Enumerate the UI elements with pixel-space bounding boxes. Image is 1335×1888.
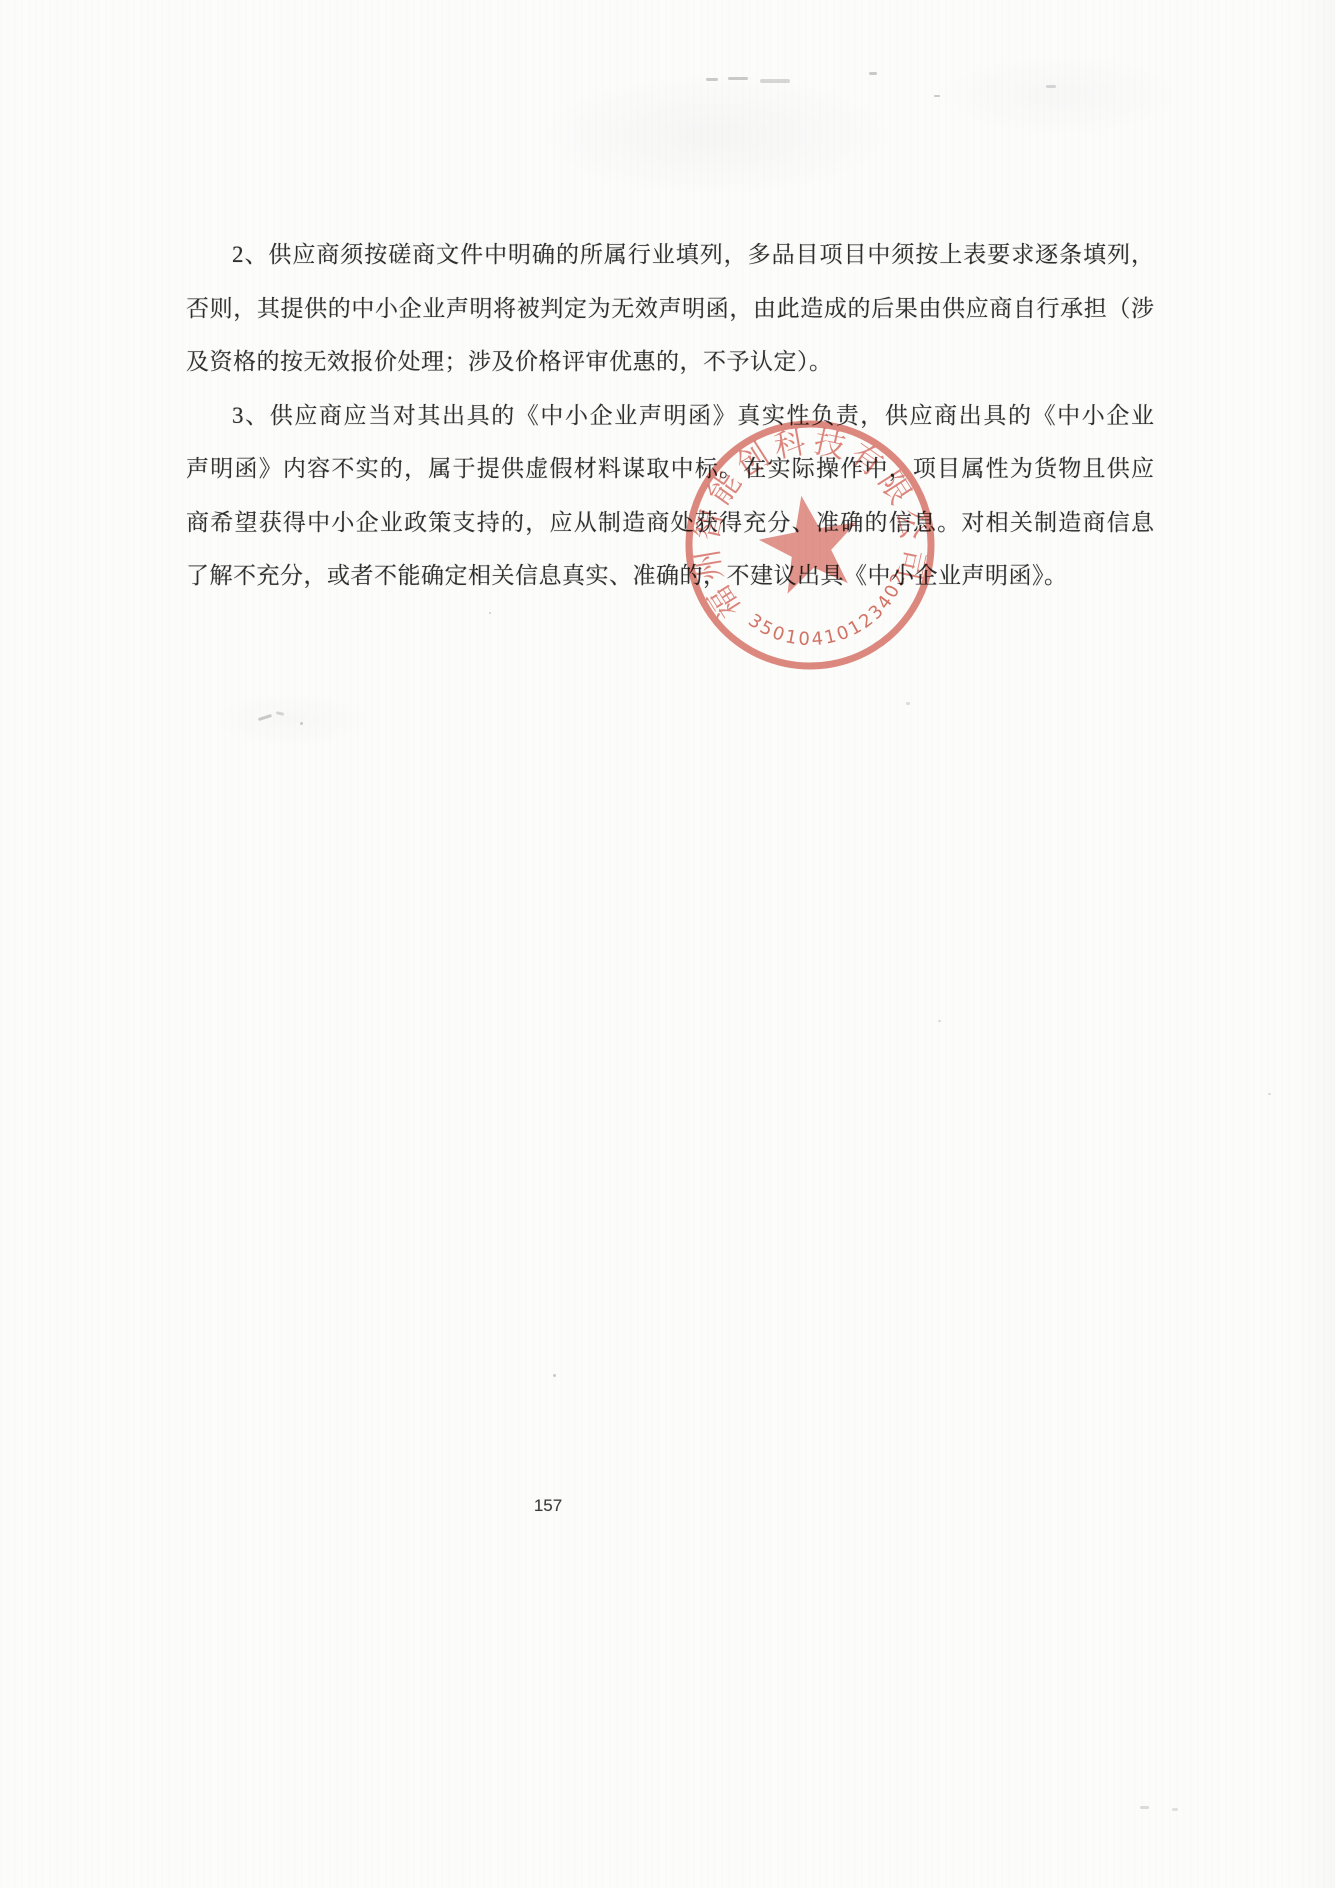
scan-artifact [276, 711, 284, 716]
scan-artifact [728, 77, 748, 80]
paragraph-2-line-4: 了解不充分，或者不能确定相关信息真实、准确的，不建议出具《中小企业声明函》。 [186, 549, 1154, 603]
scan-artifact [706, 78, 718, 81]
page-number: 157 [498, 1496, 598, 1516]
scan-artifact [869, 72, 877, 75]
paragraph-2-line-3: 商希望获得中小企业政策支持的，应从制造商处获得充分、准确的信息。对相关制造商信息 [186, 496, 1154, 550]
scan-artifact [300, 722, 303, 725]
scan-artifact [938, 1020, 941, 1022]
scan-artifact [934, 95, 940, 97]
scanned-document-page: 2、供应商须按磋商文件中明确的所属行业填列，多品目项目中须按上表要求逐条填列， … [0, 0, 1335, 1888]
scan-artifact [1140, 1806, 1149, 1809]
scan-artifact [1268, 1093, 1271, 1095]
scan-artifact [489, 612, 491, 614]
paragraph-2-line-1: 3、供应商应当对其出具的《中小企业声明函》真实性负责，供应商出具的《中小企业 [186, 389, 1154, 443]
scan-artifact [258, 714, 272, 721]
document-body: 2、供应商须按磋商文件中明确的所属行业填列，多品目项目中须按上表要求逐条填列， … [186, 228, 1154, 603]
scan-artifact [1046, 85, 1056, 88]
scan-artifact [760, 79, 790, 83]
paragraph-1-line-3: 及资格的按无效报价处理；涉及价格评审优惠的，不予认定）。 [186, 335, 1154, 389]
paragraph-1-line-1: 2、供应商须按磋商文件中明确的所属行业填列，多品目项目中须按上表要求逐条填列， [186, 228, 1154, 282]
paragraph-2-line-2: 声明函》内容不实的，属于提供虚假材料谋取中标。在实际操作中，项目属性为货物且供应 [186, 442, 1154, 496]
paragraph-1-line-2: 否则，其提供的中小企业声明将被判定为无效声明函，由此造成的后果由供应商自行承担（… [186, 282, 1154, 336]
scan-artifact [553, 1374, 556, 1377]
scan-artifact [1172, 1808, 1178, 1811]
scan-artifact [906, 702, 910, 705]
